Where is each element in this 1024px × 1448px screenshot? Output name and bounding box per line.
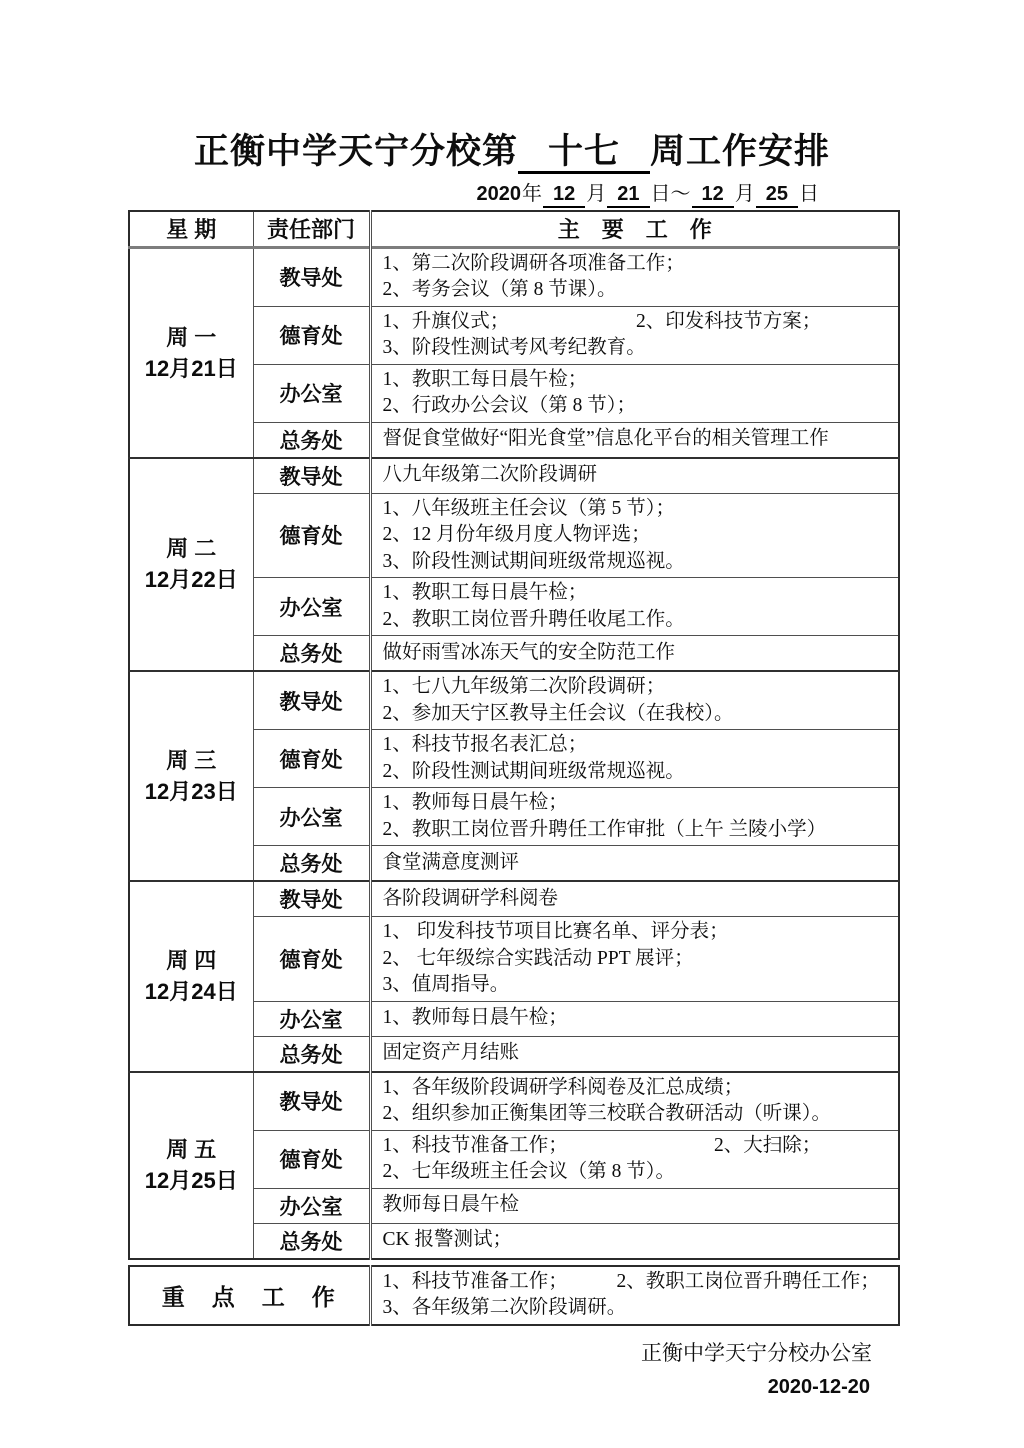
- table-row: 周 五12月25日教导处1、各年级阶段调研学科阅卷及汇总成绩；2、组织参加正衡集…: [129, 1072, 899, 1131]
- work-line: 3、值周指导。: [383, 972, 893, 999]
- footer-office: 正衡中学天宁分校办公室: [128, 1337, 898, 1367]
- dept-cell: 办公室: [253, 364, 370, 422]
- dept-cell: 办公室: [253, 1188, 370, 1223]
- dept-cell: 德育处: [253, 1130, 370, 1188]
- work-cell: 1、教职工每日晨午检；2、教职工岗位晋升聘任收尾工作。: [370, 578, 899, 636]
- work-cell: 1、科技节报名表汇总；2、阶段性测试期间班级常规巡视。: [370, 730, 899, 788]
- work-cell: 1、八年级班主任会议（第 5 节）；2、12 月份年级月度人物评选；3、阶段性测…: [370, 493, 899, 578]
- dept-cell: 总务处: [253, 846, 370, 882]
- date-month-unit-2: 月: [734, 183, 756, 205]
- dept-cell: 总务处: [253, 422, 370, 458]
- work-line: 1、教职工每日晨午检；: [383, 367, 893, 394]
- work-cell: CK 报警测试；: [370, 1223, 899, 1259]
- work-cell: 1、教职工每日晨午检；2、行政办公会议（第 8 节）；: [370, 364, 899, 422]
- dept-cell: 办公室: [253, 578, 370, 636]
- dept-cell: 教导处: [253, 1072, 370, 1131]
- header-work-column: 主 要 工 作: [370, 211, 899, 247]
- work-line: 2、教职工岗位晋升聘任收尾工作。: [383, 607, 893, 634]
- work-line: 2、教职工岗位晋升聘任工作审批（上午 兰陵小学）: [383, 817, 893, 844]
- work-line: 1、升旗仪式； 2、印发科技节方案；: [383, 309, 893, 336]
- key-work-row: 重 点 工 作 1、科技节准备工作； 2、教职工岗位晋升聘任工作；3、各年级第二…: [129, 1266, 899, 1325]
- date-start-month: 12: [543, 182, 585, 208]
- dept-cell: 德育处: [253, 917, 370, 1002]
- work-line: 1、教师每日晨午检；: [383, 790, 893, 817]
- work-line: 1、 印发科技节项目比赛名单、评分表；: [383, 919, 893, 946]
- work-cell: 教师每日晨午检: [370, 1188, 899, 1223]
- work-line: 2、行政办公会议（第 8 节）；: [383, 393, 893, 420]
- date-end-month: 12: [692, 182, 734, 208]
- dept-cell: 德育处: [253, 730, 370, 788]
- work-line: 做好雨雪冰冻天气的安全防范工作: [383, 640, 893, 667]
- key-work-table: 重 点 工 作 1、科技节准备工作； 2、教职工岗位晋升聘任工作；3、各年级第二…: [128, 1265, 900, 1326]
- work-line: 2、 七年级综合实践活动 PPT 展评；: [383, 946, 893, 973]
- work-line: 八九年级第二次阶段调研: [383, 462, 893, 489]
- work-line: 3、阶段性测试考风考纪教育。: [383, 335, 893, 362]
- dept-cell: 教导处: [253, 458, 370, 494]
- work-cell: 督促食堂做好“阳光食堂”信息化平台的相关管理工作: [370, 422, 899, 458]
- work-line: 督促食堂做好“阳光食堂”信息化平台的相关管理工作: [383, 426, 893, 453]
- day-cell: 周 三12月23日: [129, 671, 253, 881]
- day-date: 12月22日: [130, 564, 253, 595]
- dept-cell: 办公室: [253, 1001, 370, 1036]
- work-cell: 各阶段调研学科阅卷: [370, 881, 899, 917]
- day-date: 12月23日: [130, 776, 253, 807]
- key-work-label: 重 点 工 作: [129, 1266, 370, 1325]
- work-line: 1、八年级班主任会议（第 5 节）；: [383, 496, 893, 523]
- work-line: 2、阶段性测试期间班级常规巡视。: [383, 759, 893, 786]
- day-cell: 周 一12月21日: [129, 247, 253, 458]
- title-prefix: 正衡中学天宁分校第: [194, 132, 518, 171]
- dept-cell: 总务处: [253, 1223, 370, 1259]
- work-cell: 1、教师每日晨午检；: [370, 1001, 899, 1036]
- work-line: 2、考务会议（第 8 节课）。: [383, 277, 893, 304]
- day-name: 周 五: [130, 1134, 253, 1165]
- date-end-day: 25: [756, 182, 798, 208]
- work-cell: 1、各年级阶段调研学科阅卷及汇总成绩；2、组织参加正衡集团等三校联合教研活动（听…: [370, 1072, 899, 1131]
- work-line: 1、科技节报名表汇总；: [383, 732, 893, 759]
- date-month-unit-1: 月: [585, 183, 607, 205]
- dept-cell: 德育处: [253, 493, 370, 578]
- date-range-line: 2020年12月21日～12月25日: [128, 180, 898, 208]
- dept-cell: 教导处: [253, 671, 370, 730]
- dept-cell: 办公室: [253, 788, 370, 846]
- dept-cell: 总务处: [253, 1036, 370, 1072]
- day-date: 12月21日: [130, 353, 253, 384]
- footer-date: 2020-12-20: [128, 1376, 898, 1399]
- work-line: 1、各年级阶段调研学科阅卷及汇总成绩；: [383, 1075, 893, 1102]
- table-row: 周 四12月24日教导处各阶段调研学科阅卷: [129, 881, 899, 917]
- table-row: 周 三12月23日教导处1、七八九年级第二次阶段调研；2、参加天宁区教导主任会议…: [129, 671, 899, 730]
- day-date: 12月24日: [130, 976, 253, 1007]
- title-week-number: 十七: [518, 134, 650, 174]
- work-line: 2、七年级班主任会议（第 8 节）。: [383, 1159, 893, 1186]
- work-line: 1、科技节准备工作； 2、大扫除；: [383, 1133, 893, 1160]
- work-line: 2、参加天宁区教导主任会议（在我校）。: [383, 701, 893, 728]
- date-day-unit-2: 日: [798, 183, 820, 205]
- page: 正衡中学天宁分校第十七周工作安排 2020年12月21日～12月25日 星 期 …: [0, 0, 1024, 1448]
- work-line: 1、七八九年级第二次阶段调研；: [383, 674, 893, 701]
- work-line: 1、科技节准备工作； 2、教职工岗位晋升聘任工作；: [383, 1269, 893, 1296]
- table-header-row: 星 期 责任部门 主 要 工 作: [129, 211, 899, 247]
- work-line: 教师每日晨午检: [383, 1192, 893, 1219]
- title-suffix: 周工作安排: [650, 132, 830, 171]
- work-line: 2、12 月份年级月度人物评选；: [383, 522, 893, 549]
- work-line: 2、组织参加正衡集团等三校联合教研活动（听课）。: [383, 1101, 893, 1128]
- day-cell: 周 五12月25日: [129, 1072, 253, 1259]
- work-cell: 1、教师每日晨午检；2、教职工岗位晋升聘任工作审批（上午 兰陵小学）: [370, 788, 899, 846]
- work-line: 3、阶段性测试期间班级常规巡视。: [383, 549, 893, 576]
- dept-cell: 教导处: [253, 881, 370, 917]
- work-line: 固定资产月结账: [383, 1040, 893, 1067]
- work-line: 3、各年级第二次阶段调研。: [383, 1295, 893, 1322]
- work-cell: 1、升旗仪式； 2、印发科技节方案；3、阶段性测试考风考纪教育。: [370, 306, 899, 364]
- work-cell: 固定资产月结账: [370, 1036, 899, 1072]
- work-line: 各阶段调研学科阅卷: [383, 886, 893, 913]
- work-line: 食堂满意度测评: [383, 850, 893, 877]
- work-line: 1、第二次阶段调研各项准备工作；: [383, 251, 893, 278]
- day-date: 12月25日: [130, 1165, 253, 1196]
- key-work-lines: 1、科技节准备工作； 2、教职工岗位晋升聘任工作；3、各年级第二次阶段调研。: [370, 1266, 899, 1325]
- dept-cell: 德育处: [253, 306, 370, 364]
- work-cell: 做好雨雪冰冻天气的安全防范工作: [370, 636, 899, 672]
- date-year: 2020: [477, 183, 522, 205]
- table-row: 周 二12月22日教导处八九年级第二次阶段调研: [129, 458, 899, 494]
- day-name: 周 三: [130, 745, 253, 776]
- document-title: 正衡中学天宁分校第十七周工作安排: [0, 124, 1024, 174]
- header-dept-column: 责任部门: [253, 211, 370, 247]
- date-day-unit-1: 日～: [650, 183, 692, 205]
- weekly-schedule-table: 星 期 责任部门 主 要 工 作 周 一12月21日教导处1、第二次阶段调研各项…: [128, 210, 900, 1260]
- day-cell: 周 二12月22日: [129, 458, 253, 672]
- table-row: 周 一12月21日教导处1、第二次阶段调研各项准备工作；2、考务会议（第 8 节…: [129, 247, 899, 306]
- work-cell: 食堂满意度测评: [370, 846, 899, 882]
- date-start-day: 21: [607, 182, 649, 208]
- work-cell: 八九年级第二次阶段调研: [370, 458, 899, 494]
- work-cell: 1、科技节准备工作； 2、大扫除；2、七年级班主任会议（第 8 节）。: [370, 1130, 899, 1188]
- schedule-body: 周 一12月21日教导处1、第二次阶段调研各项准备工作；2、考务会议（第 8 节…: [129, 247, 899, 1259]
- dept-cell: 教导处: [253, 247, 370, 306]
- header-day-column: 星 期: [129, 211, 253, 247]
- work-cell: 1、 印发科技节项目比赛名单、评分表；2、 七年级综合实践活动 PPT 展评；3…: [370, 917, 899, 1002]
- day-cell: 周 四12月24日: [129, 881, 253, 1072]
- work-line: 1、教师每日晨午检；: [383, 1005, 893, 1032]
- work-line: CK 报警测试；: [383, 1227, 893, 1254]
- day-name: 周 四: [130, 945, 253, 976]
- date-year-unit: 年: [521, 183, 543, 205]
- work-line: 1、教职工每日晨午检；: [383, 580, 893, 607]
- work-cell: 1、第二次阶段调研各项准备工作；2、考务会议（第 8 节课）。: [370, 247, 899, 306]
- work-cell: 1、七八九年级第二次阶段调研；2、参加天宁区教导主任会议（在我校）。: [370, 671, 899, 730]
- day-name: 周 一: [130, 322, 253, 353]
- day-name: 周 二: [130, 533, 253, 564]
- dept-cell: 总务处: [253, 636, 370, 672]
- schedule-content: 星 期 责任部门 主 要 工 作 周 一12月21日教导处1、第二次阶段调研各项…: [128, 210, 898, 1399]
